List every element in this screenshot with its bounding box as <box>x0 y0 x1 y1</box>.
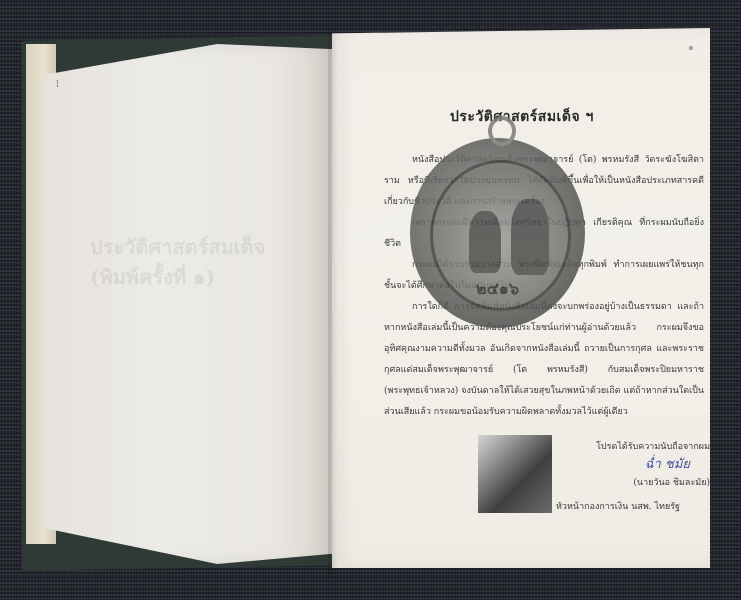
closing-block: โปรดได้รับความนับถือจากผม ฉ่ำ ชมัย (นายว… <box>560 438 710 492</box>
closing-greeting: โปรดได้รับความนับถือจากผม <box>560 438 710 456</box>
medallion-figure-left <box>469 211 501 273</box>
right-page-corner-mark: ๑ <box>688 40 694 54</box>
author-photo <box>478 435 552 513</box>
left-page-corner-mark: l <box>56 80 59 90</box>
medallion-year: ๒๔๑๖ <box>410 277 585 302</box>
ghost-line-1: ประวัติศาสตร์สมเด็จ <box>90 232 310 262</box>
signer-name: (นายวันอ ชิมละมัย) <box>560 474 710 492</box>
medallion-loop <box>488 116 516 146</box>
left-page-show-through-text: ประวัติศาสตร์สมเด็จ (พิมพ์ครั้งที่ ๑) <box>90 232 310 322</box>
paragraph-4: การใดก็ดี การจัดพิมพ์หนังสือเล่มนี้คงจะบ… <box>384 297 704 423</box>
handwritten-signature: ฉ่ำ ชมัย <box>560 456 710 474</box>
medallion-image: ๒๔๑๖ <box>410 138 585 328</box>
signer-position: หัวหน้ากองการเงิน นสพ. ไทยรัฐ <box>556 499 680 513</box>
book-gutter-shadow <box>328 28 338 578</box>
ghost-line-2: (พิมพ์ครั้งที่ ๑) <box>90 262 310 292</box>
medallion-figure-right <box>511 199 549 275</box>
page-title: ประวัติศาสตร์สมเด็จ ฯ <box>450 106 594 128</box>
